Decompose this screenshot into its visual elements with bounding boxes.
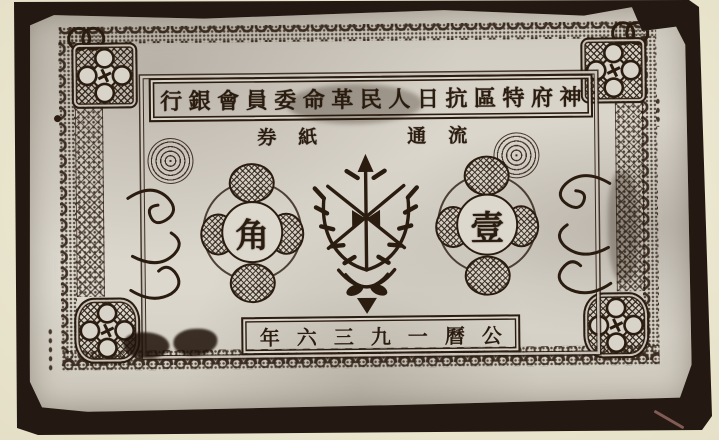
edge-smudge <box>608 171 639 281</box>
date-bar: 年六三九一曆公 <box>241 314 520 355</box>
denomination-value-char: 壹 <box>456 193 519 256</box>
banknote-paper: 行銀會員委命革民人日抗區特府神 券紙 通流 <box>24 5 694 414</box>
photo-of-banknote: { "photo": { "description": "black-and-w… <box>0 0 719 440</box>
lace-border-top <box>58 21 656 44</box>
date-text: 年六三九一曆公 <box>243 319 518 351</box>
note-type-text-left: 券紙 <box>257 122 339 153</box>
denomination-medallion-left: 角 <box>200 163 305 300</box>
medallion-lobe-icon <box>464 255 510 295</box>
wheat-arrow-emblem-icon <box>297 149 435 314</box>
medallion-lobe-icon <box>230 263 276 303</box>
scroll-ornament-left-icon <box>118 172 205 313</box>
seal-smudge <box>123 332 169 358</box>
side-ornament-column-left <box>75 105 105 297</box>
note-type-text-right: 通流 <box>407 121 489 152</box>
corner-rosette-top-left <box>71 42 138 109</box>
denomination-unit-char: 角 <box>221 201 284 264</box>
margin-dot-marks <box>47 327 53 373</box>
denomination-medallion-right: 壹 <box>434 155 539 292</box>
banknote-design: 行銀會員委命革民人日抗區特府神 券紙 通流 <box>58 21 660 371</box>
